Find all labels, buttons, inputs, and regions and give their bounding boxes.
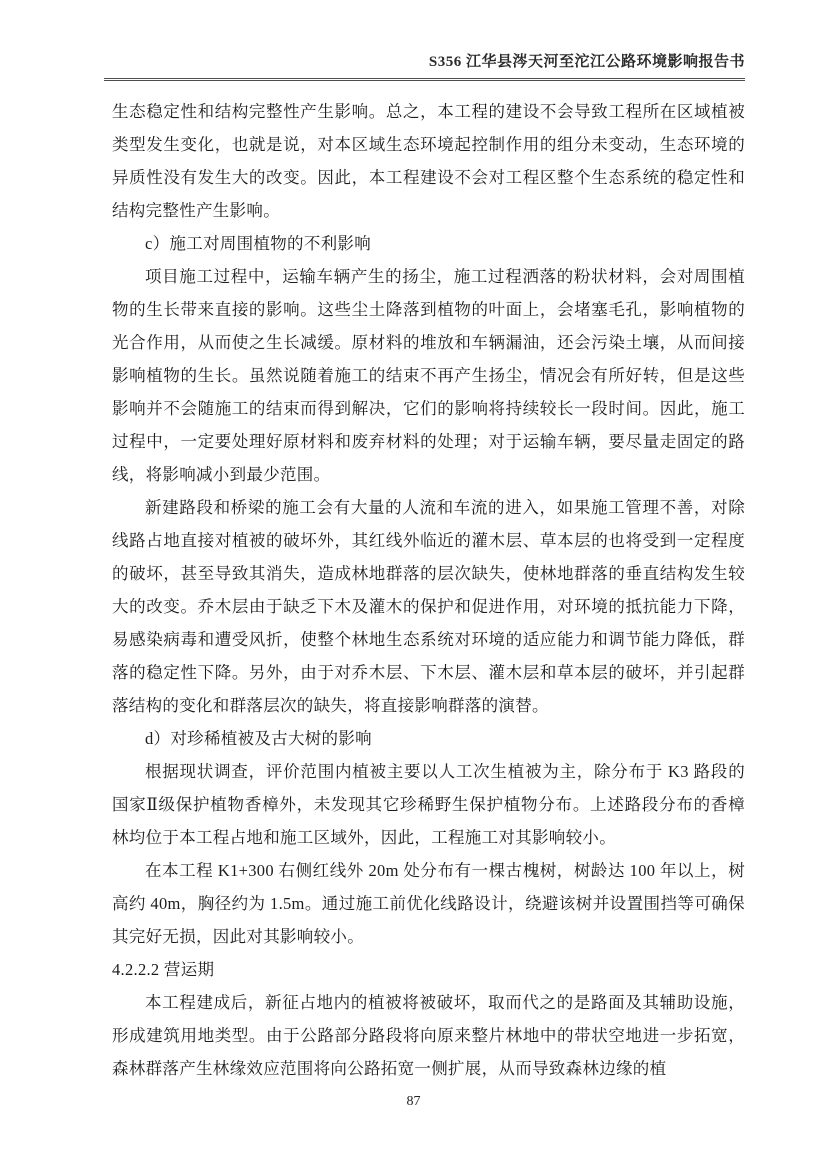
page-number: 87 [407, 1094, 421, 1109]
document-page: S356 江华县涔天河至沱江公路环境影响报告书 生态稳定性和结构完整性产生影响。… [0, 0, 827, 1169]
paragraph: 本工程建成后，新征占地内的植被将被破坏，取而代之的是路面及其辅助设施，形成建筑用… [112, 986, 745, 1085]
paragraph-continuation: 生态稳定性和结构完整性产生影响。总之，本工程的建设不会导致工程所在区域植被类型发… [112, 95, 745, 227]
document-body: 生态稳定性和结构完整性产生影响。总之，本工程的建设不会导致工程所在区域植被类型发… [112, 95, 745, 1085]
subheading-d: d）对珍稀植被及古大树的影响 [112, 722, 745, 755]
section-heading: 4.2.2.2 营运期 [112, 953, 745, 986]
paragraph: 在本工程 K1+300 右侧红线外 20m 处分布有一棵古槐树，树龄达 100 … [112, 854, 745, 953]
subheading-c: c）施工对周围植物的不利影响 [112, 227, 745, 260]
paragraph: 根据现状调查，评价范围内植被主要以人工次生植被为主，除分布于 K3 路段的国家Ⅱ… [112, 755, 745, 854]
paragraph: 项目施工过程中，运输车辆产生的扬尘，施工过程洒落的粉状材料，会对周围植物的生长带… [112, 260, 745, 491]
header-title: S356 江华县涔天河至沱江公路环境影响报告书 [104, 52, 745, 72]
paragraph: 新建路段和桥梁的施工会有大量的人流和车流的进入，如果施工管理不善，对除线路占地直… [112, 491, 745, 722]
page-header: S356 江华县涔天河至沱江公路环境影响报告书 [104, 0, 745, 81]
page-footer: 87 [0, 1094, 827, 1110]
